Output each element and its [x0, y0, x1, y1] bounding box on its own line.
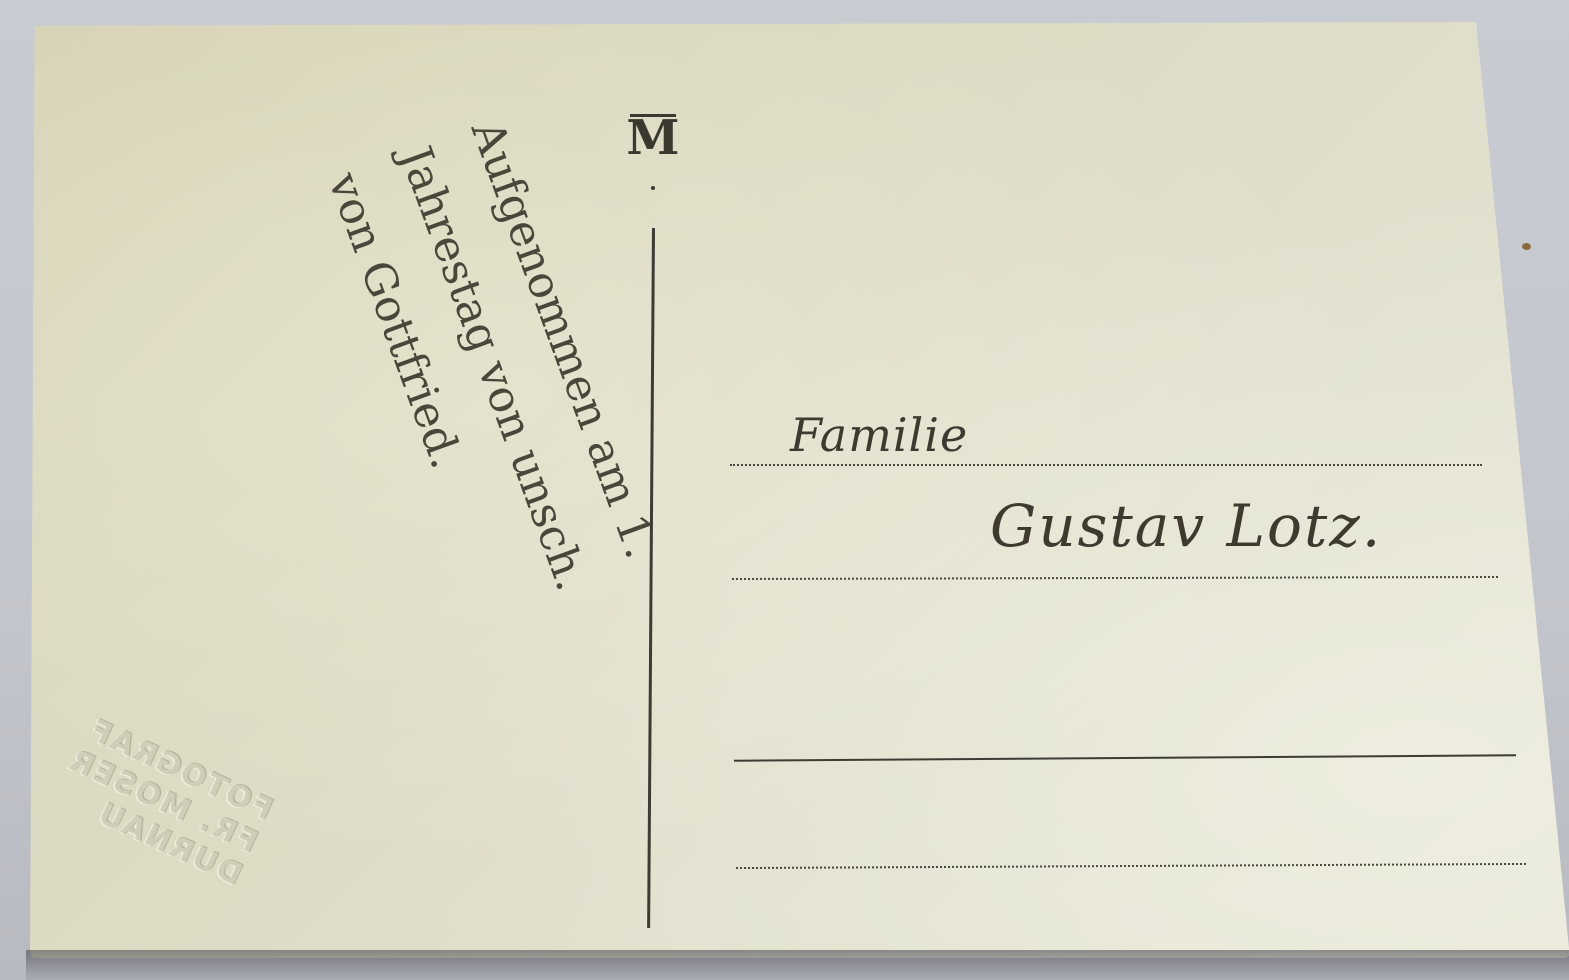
tm-monogram-icon: M [626, 114, 680, 162]
address-rule-1 [730, 464, 1482, 466]
address-line-1: Familie [790, 408, 968, 462]
divider-dot [651, 186, 655, 190]
publisher-logo: M [626, 108, 680, 162]
postcard-shadow [26, 950, 1569, 980]
dirt-speck [1522, 243, 1531, 250]
address-line-2: Gustav Lotz. [990, 492, 1382, 560]
